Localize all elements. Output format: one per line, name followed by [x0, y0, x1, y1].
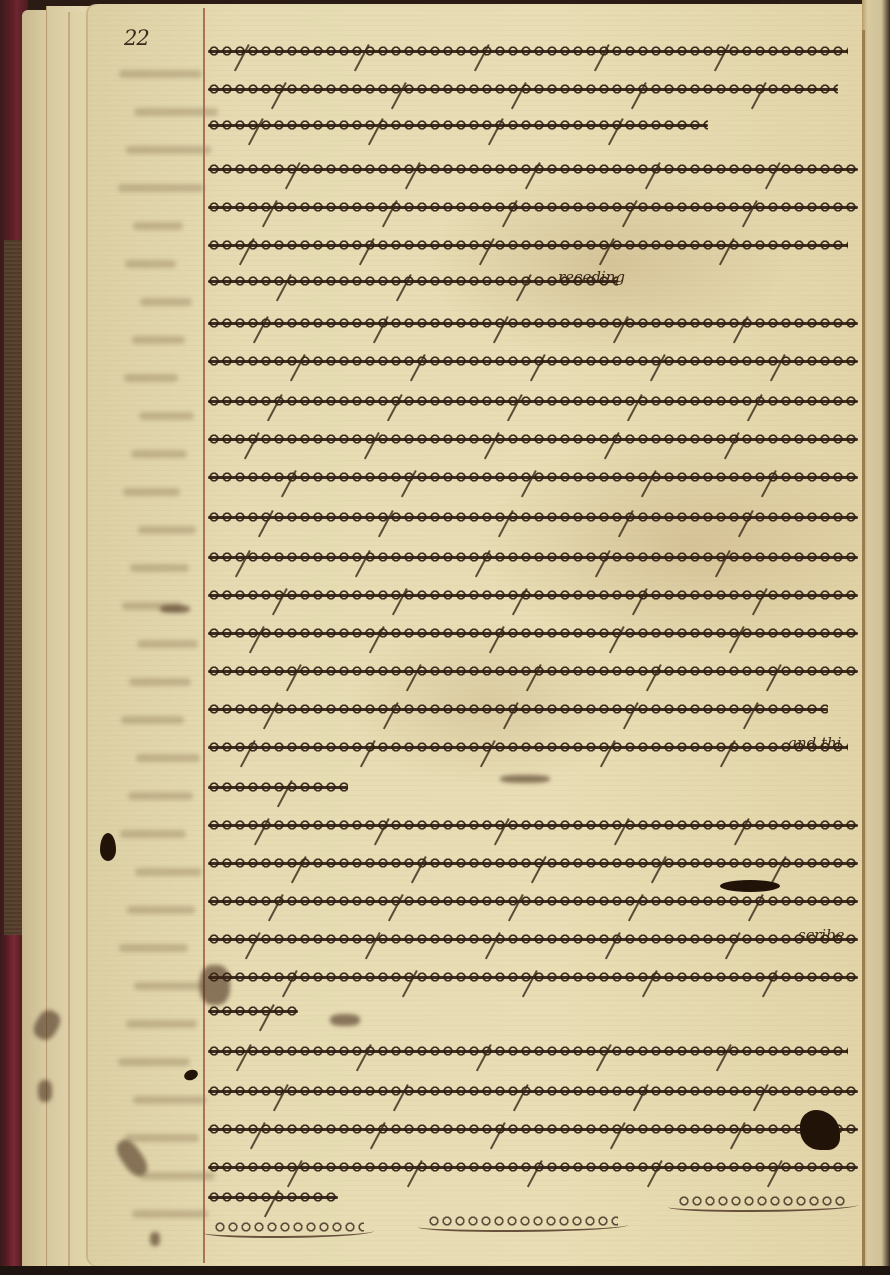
strike-through: [208, 124, 708, 127]
ink-smudge: [38, 1080, 52, 1102]
bleed-through-line: [132, 1210, 208, 1218]
ink-smudge: [200, 965, 230, 1005]
signature: [678, 1190, 848, 1212]
strike-through: [208, 824, 858, 827]
strike-through: [208, 1128, 858, 1131]
handwritten-line: [208, 660, 858, 682]
manuscript-scan: 22 recedingand thiscribe: [0, 0, 890, 1275]
handwritten-line: [208, 350, 858, 372]
binding-cloth-spine: [4, 240, 22, 940]
page-fold-line: [862, 30, 865, 1270]
bleed-through-line: [132, 336, 185, 344]
bleed-through-line: [125, 260, 176, 268]
handwritten-line: [208, 546, 858, 568]
bleed-through-line: [118, 184, 204, 192]
handwritten-line: [208, 1040, 848, 1062]
bleed-through-line: [121, 716, 184, 724]
bleed-through-line: [125, 1134, 199, 1142]
handwritten-line: and thi: [208, 736, 848, 758]
binding-lower-leather: [4, 935, 24, 1275]
handwritten-line: [208, 1156, 858, 1178]
ink-smudge: [160, 605, 190, 613]
bleed-through-line: [129, 678, 191, 686]
handwritten-line: [208, 506, 858, 528]
strike-through: [208, 556, 858, 559]
handwritten-line: [208, 40, 848, 62]
bleed-through-line: [118, 1058, 190, 1066]
bleed-through-line: [126, 1020, 197, 1028]
strike-through: [208, 1166, 858, 1169]
bleed-through-line: [139, 412, 194, 420]
strike-through: [208, 708, 828, 711]
handwritten-text-block: recedingand thiscribe: [208, 0, 858, 1275]
bleed-through-line: [128, 792, 193, 800]
bleed-through-line: [136, 754, 200, 762]
bleed-through-line: [119, 70, 202, 78]
signature-flourish: [418, 1220, 628, 1232]
legible-fragment: receding: [558, 268, 625, 286]
handwritten-line: [208, 1186, 338, 1208]
ink-smudge: [330, 1014, 360, 1026]
strike-through: [208, 670, 858, 673]
bleed-through-line: [134, 108, 218, 116]
bleed-through-text: [108, 0, 208, 1275]
strike-through: [208, 322, 858, 325]
handwritten-line: [208, 114, 708, 136]
handwritten-line: [208, 966, 858, 988]
handwritten-line: [208, 1080, 858, 1102]
handwritten-line: [208, 428, 858, 450]
strike-through: [208, 632, 858, 635]
strike-through: [208, 360, 858, 363]
handwritten-line: [208, 890, 858, 912]
right-page-edge: [862, 0, 890, 1275]
bleed-through-line: [126, 146, 211, 154]
strike-through: [208, 438, 858, 441]
bleed-through-line: [134, 982, 204, 990]
strike-through: [208, 746, 848, 749]
handwritten-line: [208, 196, 858, 218]
strike-through: [208, 168, 858, 171]
strike-through: [208, 862, 858, 865]
handwritten-line: [208, 776, 348, 798]
handwritten-line: [208, 158, 858, 180]
bleed-through-line: [138, 526, 196, 534]
handwritten-line: [208, 698, 828, 720]
ink-blot: [100, 833, 116, 861]
handwritten-line: [208, 312, 858, 334]
handwritten-line: [208, 78, 838, 100]
ink-blot: [720, 880, 780, 892]
strike-through: [208, 50, 848, 53]
bleed-through-line: [135, 868, 202, 876]
strike-through: [208, 400, 858, 403]
page-number: 22: [124, 26, 149, 50]
handwritten-line: [208, 622, 858, 644]
signature: [428, 1210, 618, 1232]
strike-through: [208, 1010, 298, 1013]
handwritten-line: [208, 390, 858, 412]
strike-through: [208, 786, 348, 789]
bleed-through-line: [131, 450, 187, 458]
bleed-through-line: [127, 906, 195, 914]
bleed-through-line: [137, 640, 198, 648]
strike-through: [208, 938, 858, 941]
bleed-through-line: [120, 830, 186, 838]
signature-flourish: [204, 1226, 374, 1238]
bleed-through-line: [124, 374, 178, 382]
bleed-through-line: [140, 298, 192, 306]
handwritten-line: [208, 584, 858, 606]
ink-smudge: [150, 1232, 160, 1246]
bleed-through-line: [119, 944, 188, 952]
strike-through: [208, 516, 858, 519]
bleed-through-line: [123, 488, 180, 496]
strike-through: [208, 1050, 848, 1053]
strike-through: [208, 244, 848, 247]
ink-smudge: [500, 775, 550, 783]
handwritten-line: [208, 1118, 858, 1140]
legible-fragment: and thi: [788, 734, 841, 752]
bleed-through-line: [133, 222, 183, 230]
strike-through: [208, 206, 858, 209]
handwritten-line: [208, 466, 858, 488]
strike-through: [208, 1090, 858, 1093]
margin-rule-line: [203, 8, 205, 1263]
strike-through: [208, 280, 618, 283]
legible-fragment: scribe: [798, 926, 845, 944]
bleed-through-line: [130, 564, 189, 572]
signature-flourish: [668, 1200, 858, 1212]
bleed-through-line: [133, 1096, 206, 1104]
handwritten-line: [208, 814, 858, 836]
signature: [214, 1216, 364, 1238]
handwritten-line: scribe: [208, 928, 858, 950]
handwritten-line: receding: [208, 270, 618, 292]
handwritten-line: [208, 852, 858, 874]
handwritten-line: [208, 234, 848, 256]
strike-through: [208, 900, 858, 903]
